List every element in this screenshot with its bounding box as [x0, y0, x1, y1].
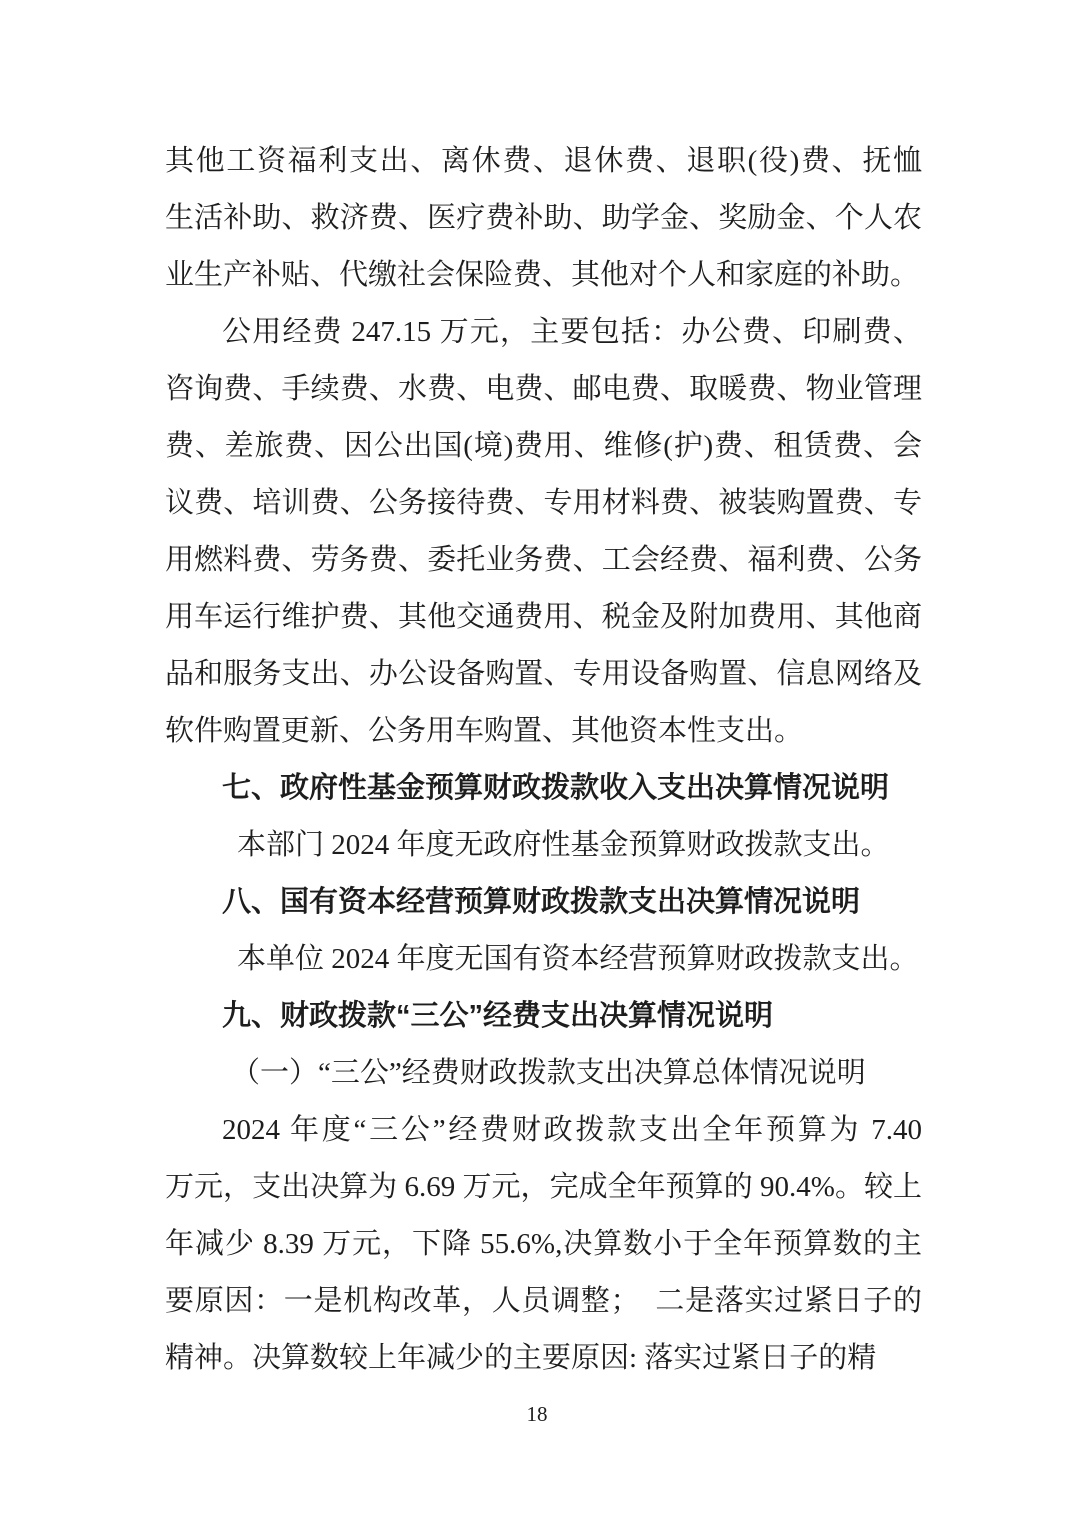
body-line: 咨询费、手续费、水费、电费、邮电费、取暖费、物业管理 [165, 361, 922, 418]
body-line: 本单位 2024 年度无国有资本经营预算财政拨款支出。 [165, 931, 922, 988]
body-line: 其他工资福利支出、离休费、退休费、退职(役)费、抚恤金、 [165, 133, 922, 190]
heading-section-7: 七、政府性基金预算财政拨款收入支出决算情况说明 [165, 760, 922, 817]
document-page: 其他工资福利支出、离休费、退休费、退职(役)费、抚恤金、 生活补助、救济费、医疗… [0, 0, 1074, 1520]
heading-section-8: 八、国有资本经营预算财政拨款支出决算情况说明 [165, 874, 922, 931]
body-line: 2024 年度“三公”经费财政拨款支出全年预算为 7.40 [165, 1102, 922, 1159]
body-line: 费、差旅费、因公出国(境)费用、维修(护)费、租赁费、会 [165, 418, 922, 475]
page-number: 18 [0, 1400, 1074, 1428]
body-line: 万元，支出决算为 6.69 万元，完成全年预算的 90.4%。较上 [165, 1159, 922, 1216]
body-line: 公用经费 247.15 万元，主要包括：办公费、印刷费、 [165, 304, 922, 361]
body-line: 要原因：一是机构改革，人员调整； 二是落实过紧日子的 [165, 1273, 922, 1330]
body-line: 品和服务支出、办公设备购置、专用设备购置、信息网络及 [165, 646, 922, 703]
body-line: 业生产补贴、代缴社会保险费、其他对个人和家庭的补助。 [165, 247, 922, 304]
body-line: 用燃料费、劳务费、委托业务费、工会经费、福利费、公务 [165, 532, 922, 589]
heading-section-9: 九、财政拨款“三公”经费支出决算情况说明 [165, 988, 922, 1045]
body-line: 议费、培训费、公务接待费、专用材料费、被装购置费、专 [165, 475, 922, 532]
body-line: 生活补助、救济费、医疗费补助、助学金、奖励金、个人农 [165, 190, 922, 247]
body-line: 年减少 8.39 万元，下降 55.6%,决算数小于全年预算数的主 [165, 1216, 922, 1273]
page-body: 其他工资福利支出、离休费、退休费、退职(役)费、抚恤金、 生活补助、救济费、医疗… [165, 133, 922, 1387]
body-line: 本部门 2024 年度无政府性基金预算财政拨款支出。 [165, 817, 922, 874]
subheading-9-1: （一）“三公”经费财政拨款支出决算总体情况说明 [165, 1045, 922, 1102]
body-line: 软件购置更新、公务用车购置、其他资本性支出。 [165, 703, 922, 760]
body-line: 精神。决算数较上年减少的主要原因: 落实过紧日子的精神。 [165, 1330, 922, 1387]
body-line: 用车运行维护费、其他交通费用、税金及附加费用、其他商 [165, 589, 922, 646]
